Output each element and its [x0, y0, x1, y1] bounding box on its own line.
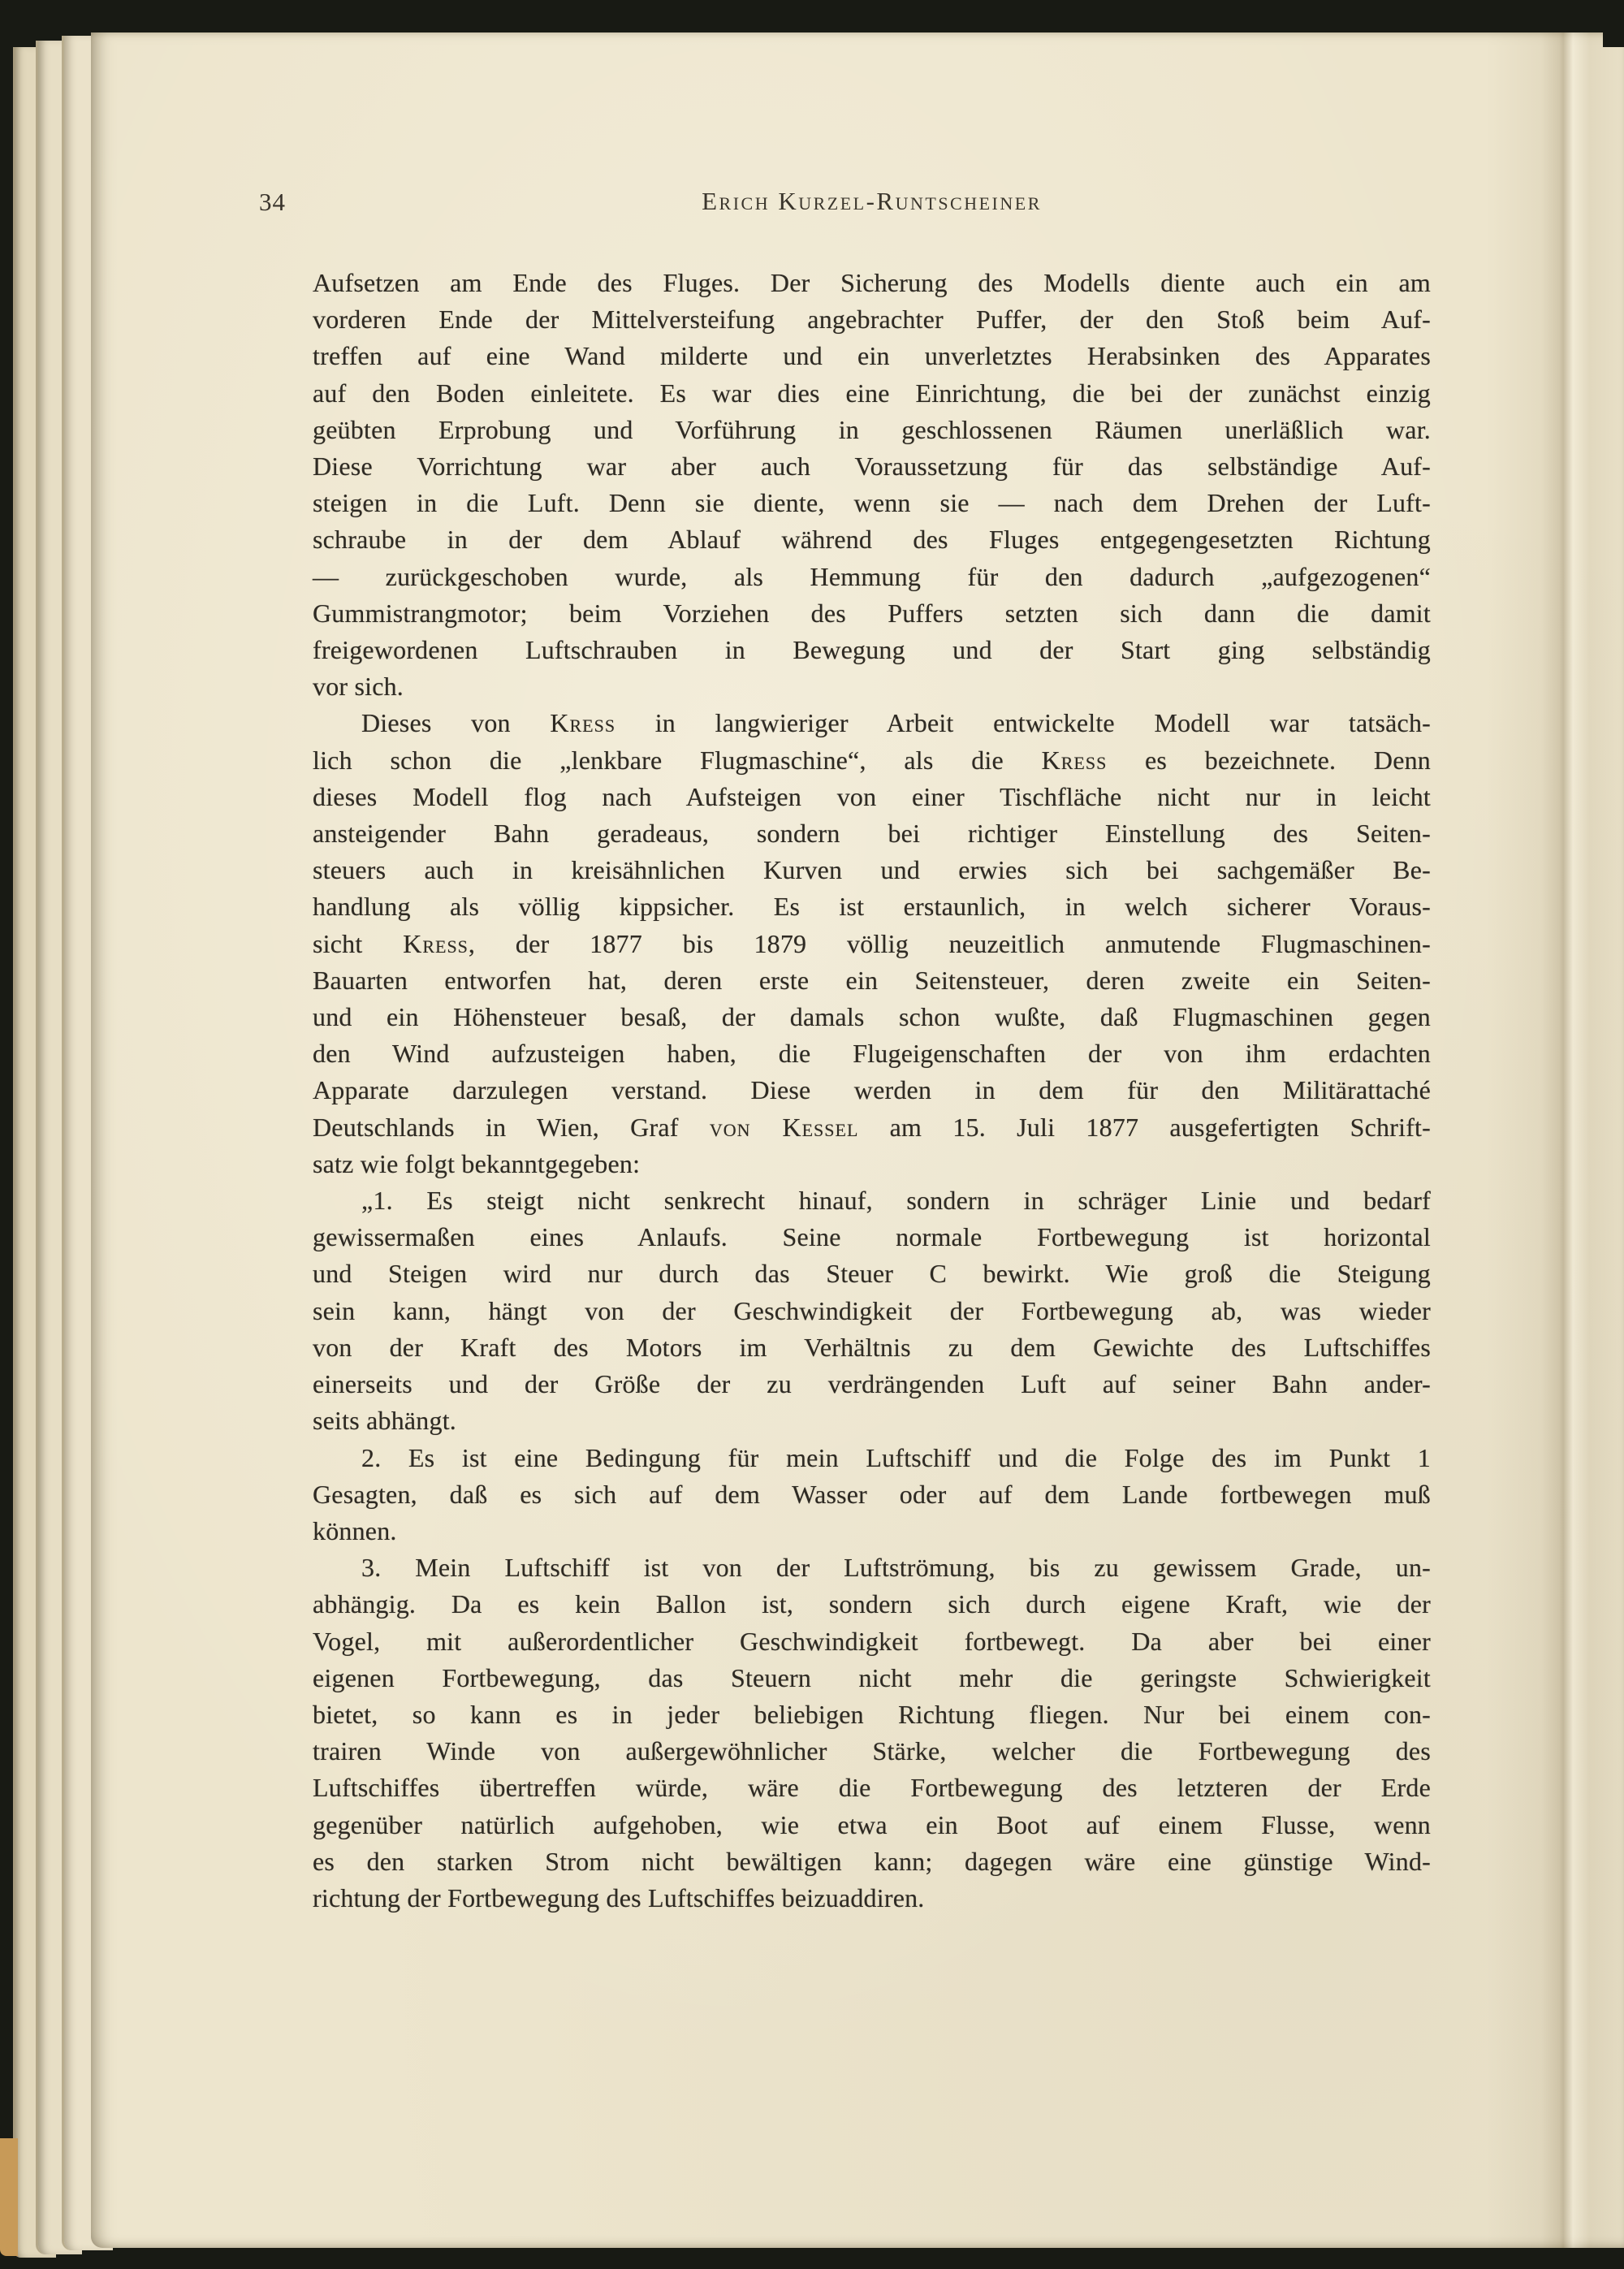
gutter-crease: [1486, 32, 1624, 2248]
text-line: steuers auch in kreisähnlichen Kurven un…: [313, 852, 1431, 888]
paragraph: Aufsetzen am Ende des Fluges. Der Sicher…: [313, 265, 1431, 705]
book-cover-sliver: [0, 2138, 18, 2256]
paragraph: Dieses von Kress in langwieriger Arbeit …: [313, 705, 1431, 1182]
text-line: „1. Es steigt nicht senkrecht hinauf, so…: [313, 1182, 1431, 1219]
scan-corner-shadow: [1603, 32, 1624, 47]
text-line: handlung als völlig kippsicher. Es ist e…: [313, 888, 1431, 925]
text-line: Vogel, mit außerordentlicher Geschwindig…: [313, 1623, 1431, 1660]
text-line: von der Kraft des Motors im Verhältnis z…: [313, 1329, 1431, 1366]
scan-background: 34 Erich Kurzel-Runtscheiner Aufsetzen a…: [0, 0, 1624, 2269]
text-line: seits abhängt.: [313, 1402, 1431, 1439]
text-line: Dieses von Kress in langwieriger Arbeit …: [313, 705, 1431, 741]
page-number: 34: [259, 188, 286, 217]
text-line: geübten Erprobung und Vorführung in gesc…: [313, 412, 1431, 448]
text-line: sicht Kress, der 1877 bis 1879 völlig ne…: [313, 926, 1431, 962]
text-line: sein kann, hängt von der Geschwindigkeit…: [313, 1293, 1431, 1329]
text-block: Aufsetzen am Ende des Fluges. Der Sicher…: [313, 265, 1431, 1917]
text-line: vor sich.: [313, 668, 1431, 705]
paragraph: „1. Es steigt nicht senkrecht hinauf, so…: [313, 1182, 1431, 1439]
text-line: steigen in die Luft. Denn sie diente, we…: [313, 485, 1431, 521]
text-line: Apparate darzulegen verstand. Diese werd…: [313, 1072, 1431, 1109]
page-header: 34 Erich Kurzel-Runtscheiner: [313, 187, 1431, 223]
running-header: Erich Kurzel-Runtscheiner: [313, 187, 1431, 216]
text-line: können.: [313, 1513, 1431, 1549]
text-line: einerseits und der Größe der zu verdräng…: [313, 1366, 1431, 1402]
text-line: Diese Vorrichtung war aber auch Vorausse…: [313, 448, 1431, 485]
small-caps-name: von Kessel: [710, 1113, 859, 1142]
text-line: auf den Boden einleitete. Es war dies ei…: [313, 375, 1431, 412]
text-line: bietet, so kann es in jeder beliebigen R…: [313, 1696, 1431, 1733]
text-line: richtung der Fortbewegung des Luftschiff…: [313, 1880, 1431, 1917]
text-line: 2. Es ist eine Bedingung für mein Luftsc…: [313, 1440, 1431, 1476]
paragraph: 3. Mein Luftschiff ist von der Luftström…: [313, 1549, 1431, 1917]
text-line: Deutschlands in Wien, Graf von Kessel am…: [313, 1109, 1431, 1146]
small-caps-name: Kress: [1042, 746, 1108, 775]
text-line: abhängig. Da es kein Ballon ist, sondern…: [313, 1586, 1431, 1623]
text-line: dieses Modell flog nach Aufsteigen von e…: [313, 779, 1431, 815]
text-line: es den starken Strom nicht bewältigen ka…: [313, 1843, 1431, 1880]
paragraph: 2. Es ist eine Bedingung für mein Luftsc…: [313, 1440, 1431, 1550]
text-line: treffen auf eine Wand milderte und ein u…: [313, 338, 1431, 374]
text-line: — zurückgeschoben wurde, als Hemmung für…: [313, 559, 1431, 595]
text-line: eigenen Fortbewegung, das Steuern nicht …: [313, 1660, 1431, 1696]
small-caps-name: Kress: [403, 929, 469, 958]
text-line: Gummistrangmotor; beim Vorziehen des Puf…: [313, 595, 1431, 632]
text-line: 3. Mein Luftschiff ist von der Luftström…: [313, 1549, 1431, 1586]
text-line: Aufsetzen am Ende des Fluges. Der Sicher…: [313, 265, 1431, 301]
text-line: den Wind aufzusteigen haben, die Flugeig…: [313, 1035, 1431, 1072]
text-line: ansteigender Bahn geradeaus, sondern bei…: [313, 815, 1431, 852]
text-line: freigewordenen Luftschrauben in Bewegung…: [313, 632, 1431, 668]
text-line: Luftschiffes übertreffen würde, wäre die…: [313, 1770, 1431, 1806]
text-line: trairen Winde von außergewöhnlicher Stär…: [313, 1733, 1431, 1770]
text-line: lich schon die „lenkbare Flugmaschine“, …: [313, 742, 1431, 779]
text-line: vorderen Ende der Mittelversteifung ange…: [313, 301, 1431, 338]
text-line: und ein Höhensteuer besaß, der damals sc…: [313, 999, 1431, 1035]
small-caps-name: Kress: [550, 708, 615, 737]
text-line: gewissermaßen eines Anlaufs. Seine norma…: [313, 1219, 1431, 1256]
book-page: 34 Erich Kurzel-Runtscheiner Aufsetzen a…: [91, 32, 1624, 2248]
text-line: satz wie folgt bekanntgegeben:: [313, 1146, 1431, 1182]
text-line: schraube in der dem Ablauf während des F…: [313, 521, 1431, 558]
text-line: Bauarten entworfen hat, deren erste ein …: [313, 962, 1431, 999]
text-line: gegenüber natürlich aufgehoben, wie etwa…: [313, 1807, 1431, 1843]
text-line: und Steigen wird nur durch das Steuer C …: [313, 1256, 1431, 1292]
text-line: Gesagten, daß es sich auf dem Wasser ode…: [313, 1476, 1431, 1513]
